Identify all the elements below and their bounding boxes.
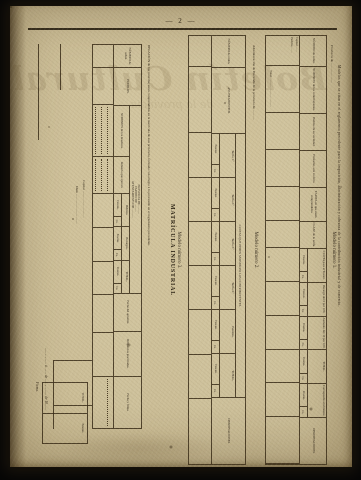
dotted-leader — [107, 379, 112, 426]
header-cell: TOTAL.Pesetas.Cs. — [300, 350, 326, 384]
body-cell — [266, 150, 299, 187]
stub-entry: Capital …… — [294, 36, 299, 65]
money-sub-pesetas: Pesetas. — [300, 283, 307, 306]
group-label: PROVINCIA DE ……… PARTIDO DE ……… AYUNTAMI… — [129, 106, 141, 293]
page-number: — 2 — — [10, 17, 352, 25]
money-sub-pesetas: Pesetas. — [212, 134, 219, 164]
money-sub-pesetas: Pesetas. — [300, 249, 307, 272]
money-sub-pesetas: Pesetas. — [212, 222, 219, 252]
header-cell: Tarifa 1.ªPesetas.Cs. — [212, 134, 235, 178]
scan-background: Boletín Cultural de la provincia — 2 — M… — [0, 0, 361, 480]
header-group: PROVINCIA DE ……… PARTIDO DE ……… AYUNTAMI… — [114, 106, 141, 294]
column-label: Tarifa 3.ª — [229, 222, 235, 265]
money-sub-row: Pesetas.Cs. — [212, 310, 220, 353]
models-caption: Modelos que se citan en el reglamento pr… — [338, 65, 342, 307]
modelo2-body-row — [189, 36, 211, 464]
column-label: Débitos. — [123, 194, 129, 226]
dotted-leader — [107, 107, 112, 154]
summary-box-sublabel: Pesetas. — [43, 414, 87, 444]
modelo3-table: NÚMERO de orden. PUEBLOS. PROVINCIA DE …… — [92, 44, 142, 429]
body-cell — [93, 333, 113, 378]
body-cell — [266, 316, 299, 350]
money-sub-cents: Cs. — [115, 217, 120, 226]
summary-box: TOTAL. Pesetas. — [42, 382, 88, 444]
money-sub-row: Pesetas.Cs. — [300, 384, 308, 417]
body-cell — [189, 222, 211, 266]
body-cell — [189, 310, 211, 354]
money-sub-row: Pesetas.Cs. — [300, 283, 308, 316]
money-sub-pesetas: Pesetas. — [114, 194, 121, 217]
column-label: TOTAL. — [229, 354, 235, 397]
summary-box-label: TOTAL. — [43, 383, 87, 414]
body-cell — [266, 221, 299, 248]
money-sub-cents: Cs. — [213, 341, 218, 354]
header-cell: Tarifa 2.ªPesetas.Cs. — [212, 178, 235, 222]
body-cell — [93, 228, 113, 262]
column-label: Industria que ejercen. — [119, 157, 125, 193]
column-label: NÚMERO de orden. — [310, 36, 316, 66]
header-cell: NOMBRES de los deudores. — [114, 106, 129, 157]
header-cell: PUEBLOS. — [114, 68, 141, 106]
money-sub-cents: Cs. — [213, 209, 218, 222]
money-sub-pesetas: Pesetas. — [114, 261, 121, 284]
dotted-entry: Capital …………………… — [82, 180, 86, 218]
money-sub-row: Pesetas.Cs. — [114, 227, 122, 259]
modelo2-header-row: NÚMERO de orden. AYUNTAMIENTOS. CUOTAS Q… — [211, 36, 245, 464]
column-label: PUEBLOS. — [125, 68, 131, 105]
money-sub-row: Pesetas.Cs. — [212, 134, 220, 177]
total-line: Total ……………………… — [269, 70, 273, 107]
header-cell: Industria que ejercen. — [114, 157, 129, 194]
money-sub-pesetas: Pesetas. — [300, 384, 307, 407]
column-label: Patentes. — [229, 310, 235, 353]
money-sub-cents: Cs. — [301, 340, 306, 350]
body-cell — [93, 262, 113, 296]
column-label: Corresponde al trimestre. — [320, 384, 326, 417]
column-label: AYUNTAMIENTOS. — [226, 68, 232, 134]
header-cell: Débitos.Pesetas.Cs. — [114, 194, 129, 227]
column-label: Tarifa 4.ª — [229, 266, 235, 309]
header-cell: CUOTA para el Tesoro.Pesetas.Cs. — [300, 249, 326, 283]
money-sub-cents: Cs. — [213, 297, 218, 310]
body-cell — [266, 350, 299, 384]
body-cell — [266, 187, 299, 221]
money-sub-pesetas: Pesetas. — [212, 178, 219, 208]
money-sub-row: Pesetas.Cs. — [212, 266, 220, 309]
header-cell: Fecha del apremio. — [114, 294, 141, 332]
money-sub-row: Pesetas.Cs. — [212, 354, 220, 397]
modelo3-caption: Modelo número 3. — [177, 30, 182, 470]
header-cell: AYUNTAMIENTOS. — [212, 68, 245, 135]
column-label: Recargo del 6 por 100. — [320, 283, 326, 316]
column-label: CUOTA para el Tesoro. — [320, 249, 326, 282]
header-cell: Pueblos de su vecindad. — [300, 114, 326, 151]
modelo3-title: MATRÍCULA INDUSTRIAL — [170, 30, 176, 470]
signature-label: Firma. — [35, 382, 39, 392]
money-sub-cents: Cs. — [115, 250, 120, 259]
money-sub-row: Pesetas.Cs. — [114, 261, 122, 293]
header-cell: TARIFA en que están comprendidos. — [300, 188, 326, 222]
column-label: OBSERVACIONES. — [226, 398, 232, 464]
money-sub-cents: Cs. — [213, 385, 218, 398]
stray-rule — [38, 44, 39, 140]
money-sub-row: Pesetas.Cs. — [212, 178, 220, 221]
money-sub-row: Pesetas.Cs. — [212, 222, 220, 265]
column-label: NOMBRES de los deudores. — [119, 106, 125, 156]
money-sub-row: Pesetas.Cs. — [300, 317, 308, 350]
modelo1-caption: Modelo número 1. — [331, 30, 336, 470]
body-cell — [266, 113, 299, 150]
money-sub-cents: Cs. — [301, 407, 306, 417]
modelo3-subtitle: RELACIÓN de los contribuyentes comprendi… — [147, 45, 151, 447]
column-label: Recargos. — [123, 227, 129, 259]
stray-rule — [60, 44, 61, 90]
body-cell — [189, 36, 211, 67]
header-cell: TOTAL.Pesetas.Cs. — [212, 354, 235, 397]
modelo2-caption: Modelo número 2. — [253, 30, 258, 470]
body-cell — [93, 157, 113, 194]
header-cell: Corresponde al trimestre.Pesetas.Cs. — [300, 384, 326, 418]
dotted-leader — [107, 159, 112, 191]
annex-column-line — [54, 360, 92, 361]
body-cell — [266, 383, 299, 417]
money-sub-pesetas: Pesetas. — [300, 350, 307, 373]
group-label: CUOTAS QUE DEBEN SATISFACER LOS CONTRIBU… — [235, 134, 245, 397]
modelo1-table: NÚMERO de orden. NOMBRES de los contribu… — [265, 35, 327, 465]
money-sub-pesetas: Pesetas. — [212, 310, 219, 340]
dotted-entry: Idem ……………………… — [75, 186, 79, 224]
body-cell — [93, 68, 113, 105]
header-cell: Profesión, arte ú oficio. — [300, 151, 326, 188]
header-cell: NOMBRES de los contribuyentes. — [300, 67, 326, 114]
money-sub-row: Pesetas.Cs. — [114, 194, 122, 226]
modelo3-body-row — [93, 45, 113, 428]
modelo2-table: NÚMERO de orden. AYUNTAMIENTOS. CUOTAS Q… — [188, 35, 246, 465]
body-cell — [266, 282, 299, 316]
column-label: OBSERVACIONES. — [310, 418, 316, 464]
body-cell — [189, 178, 211, 222]
header-cell: Tarifa 4.ªPesetas.Cs. — [212, 266, 235, 310]
money-sub-pesetas: Pesetas. — [212, 266, 219, 296]
header-cell: TOTAL.Pesetas.Cs. — [114, 261, 129, 293]
money-sub-pesetas: Pesetas. — [212, 354, 219, 384]
header-cell: Recargo del 6 por 100.Pesetas.Cs. — [300, 283, 326, 317]
column-label: Pueblos de su vecindad. — [310, 114, 316, 150]
money-sub-pesetas: Pesetas. — [300, 317, 307, 340]
body-cell: Capital ……Pueblos …… — [266, 36, 299, 66]
header-cell: NÚMERO de orden. — [212, 36, 245, 68]
document-page: Boletín Cultural de la provincia — 2 — M… — [10, 6, 352, 467]
header-cell: Diligencias practicadas. — [114, 332, 141, 377]
column-label: Diligencias practicadas. — [125, 332, 131, 376]
modelo1-body-row: Capital ……Pueblos …… Total ……………………… — [266, 36, 299, 464]
header-cell: Fecha y firma. — [114, 377, 141, 428]
column-label: TOTAL. — [123, 261, 129, 293]
body-cell — [189, 399, 211, 464]
dotted-leader — [95, 107, 100, 154]
body-cell — [93, 194, 113, 228]
header-cell: OBSERVACIONES. — [212, 398, 245, 464]
column-label: Tarifa 2.ª — [229, 178, 235, 221]
header-cell: Recargos.Pesetas.Cs. — [114, 227, 129, 260]
header-group: CUOTAS QUE DEBEN SATISFACER LOS CONTRIBU… — [212, 134, 245, 398]
header-cell: NÚMERO de orden. — [114, 45, 141, 68]
column-label: TOTAL. — [320, 350, 326, 383]
column-label: Profesión, arte ú oficio. — [310, 151, 316, 187]
money-sub-cents: Cs. — [115, 284, 120, 293]
money-sub-pesetas: Pesetas. — [114, 227, 121, 250]
body-cell — [93, 295, 113, 332]
dotted-leader — [101, 159, 106, 191]
body-cell — [189, 67, 211, 133]
dotted-leader — [101, 107, 106, 154]
money-sub-cents: Cs. — [213, 253, 218, 266]
body-cell — [189, 266, 211, 310]
group-columns: NOMBRES de los deudores. Industria que e… — [114, 106, 129, 293]
body-cell — [93, 105, 113, 157]
column-label: CLASE de la tarifa. — [310, 222, 316, 248]
money-sub-row: Pesetas.Cs. — [300, 249, 308, 282]
column-label: Fecha y firma. — [125, 377, 131, 428]
header-cell: Aumento del 10 por 100.Pesetas.Cs. — [300, 317, 326, 351]
column-label: NÚMERO de orden. — [123, 45, 132, 67]
modelo1-header-row: NÚMERO de orden. NOMBRES de los contribu… — [299, 36, 326, 464]
body-cell — [93, 377, 113, 428]
rotated-form-sheet: Modelos que se citan en el reglamento pr… — [14, 30, 344, 470]
column-label: NÚMERO de orden. — [226, 36, 232, 67]
body-cell — [189, 133, 211, 177]
header-cell: NÚMERO de orden. — [300, 36, 326, 67]
body-cell — [266, 248, 299, 282]
column-label: Aumento del 10 por 100. — [320, 317, 326, 350]
column-label: Tarifa 1.ª — [229, 134, 235, 177]
group-columns: Tarifa 1.ªPesetas.Cs. Tarifa 2.ªPesetas.… — [212, 134, 235, 397]
paper-specks — [10, 6, 12, 8]
stub-entry: Pueblos …… — [289, 36, 294, 65]
body-cell — [93, 45, 113, 68]
header-cell: OBSERVACIONES. — [300, 418, 326, 464]
money-sub-cents: Cs. — [213, 165, 218, 178]
header-cell: CLASE de la tarifa. — [300, 222, 326, 249]
group-line: AYUNTAMIENTO DE ……… — [131, 181, 134, 218]
money-sub-cents: Cs. — [301, 306, 306, 316]
modelo3-header-row: NÚMERO de orden. PUEBLOS. PROVINCIA DE …… — [113, 45, 141, 428]
column-label: NOMBRES de los contribuyentes. — [310, 67, 316, 113]
dotted-leader — [95, 159, 100, 191]
money-sub-cents: Cs. — [301, 272, 306, 282]
body-cell — [266, 417, 299, 464]
column-label: Fecha del apremio. — [125, 294, 131, 331]
money-sub-row: Pesetas.Cs. — [300, 350, 308, 383]
header-cell: Tarifa 3.ªPesetas.Cs. — [212, 222, 235, 266]
column-label: TARIFA en que están comprendidos. — [308, 188, 317, 221]
money-sub-cents: Cs. — [301, 374, 306, 384]
body-cell — [189, 355, 211, 399]
header-cell: Patentes.Pesetas.Cs. — [212, 310, 235, 354]
